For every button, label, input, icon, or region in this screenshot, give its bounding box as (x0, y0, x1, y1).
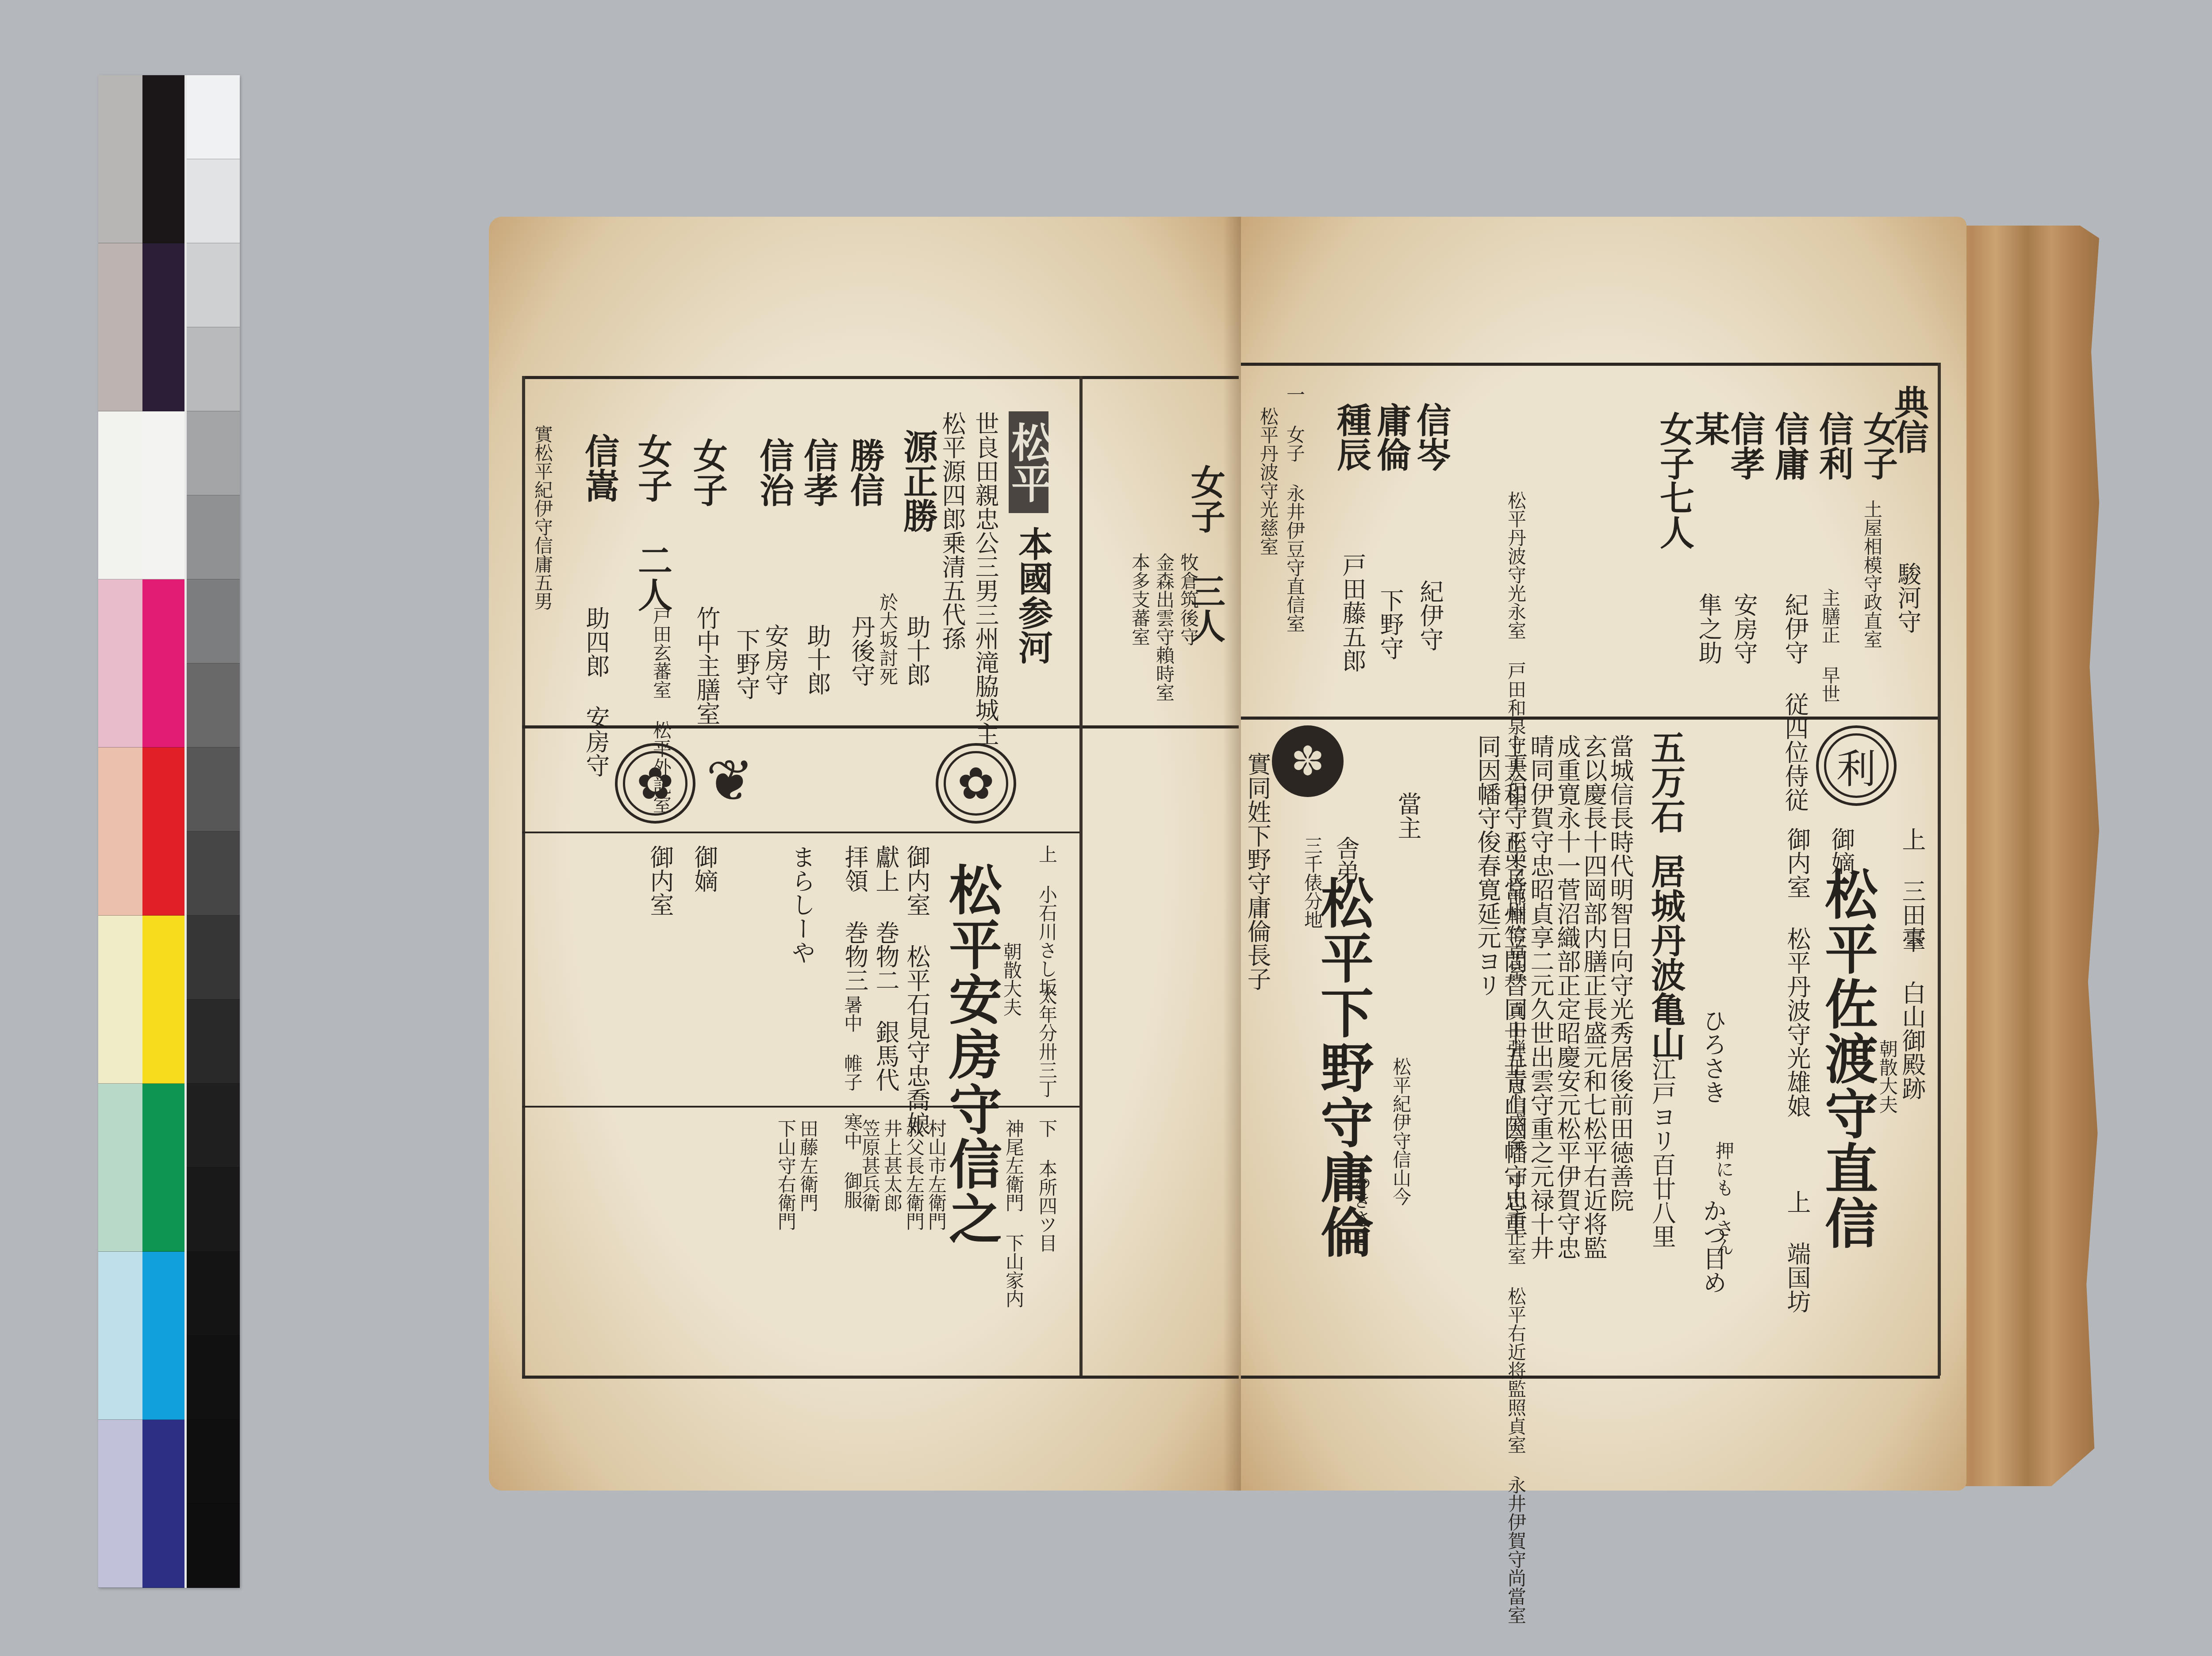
pastel-swatch (98, 75, 142, 243)
color-calibration-chart (98, 75, 240, 1588)
lineage-line-2: 松平源四郎乗清五代孫 (940, 411, 964, 650)
side-note: 松平丹波守光慈室 (1259, 407, 1277, 556)
castle-history-line: 上大和守正岑常州笠間替同十五青山因幡守忠重 (1502, 734, 1526, 1236)
residence-lower: 下 本所四ツ目 (1037, 1119, 1056, 1252)
gray-swatch (187, 1504, 240, 1588)
genealogy-name: 信孝 (801, 438, 835, 507)
gray-swatch (187, 1000, 240, 1084)
pastel-swatch (98, 1084, 142, 1252)
genealogy-note: 安房守 (1732, 593, 1756, 664)
genealogy-name: 信庸 (1772, 411, 1806, 480)
saturated-swatch (142, 1252, 184, 1420)
pastel-swatch (98, 747, 142, 916)
genealogy-note: 主膳正 早世 (1820, 588, 1839, 703)
genealogy-note: 助十郎 (805, 624, 829, 695)
court-rank: 朝散大夫 (1002, 942, 1021, 1016)
genealogy-note: 隼之助 (1697, 593, 1720, 664)
gray-swatch (187, 1168, 240, 1252)
daughter-note: 金森出雲守賴時室 (1155, 553, 1173, 701)
retainer-note: 叔父長左衛門 (905, 1119, 923, 1230)
wife-info: 御内室 松平丹波守光雄娘 (1785, 827, 1809, 1118)
genealogy-note: 丹後守 (849, 615, 873, 686)
pastel-swatch (98, 916, 142, 1084)
section-divider (1241, 717, 1940, 720)
genealogy-note: 紀伊守 (1418, 579, 1442, 651)
genealogy-name: 女子 (1860, 411, 1895, 480)
genealogy-note: 竹中主膳室 (695, 606, 718, 725)
gray-swatch (187, 916, 240, 1000)
left-border (522, 376, 525, 1376)
saturated-swatch (142, 1084, 184, 1252)
saturated-swatch (142, 916, 184, 1084)
retainer-note: 田藤左衛門 (799, 1119, 817, 1212)
residence-upper: 上 小石川さし坂 (1037, 845, 1056, 997)
kana-note: ひろさき (1701, 1008, 1725, 1104)
retainer-note: 井上甚太郎 (883, 1119, 901, 1212)
lineage-line-1: 世良田親忠公三男三州滝脇城主 (973, 411, 997, 746)
genealogy-sub: 於大坂討死 (878, 593, 897, 686)
color-column-pastel (98, 75, 142, 1588)
genealogy-name: 種辰 (1334, 402, 1368, 471)
current-head-label: 當主 (1396, 792, 1420, 839)
heir-label: 御嫡 (692, 845, 716, 893)
stipend-koku: 五万石 (1648, 730, 1682, 833)
genealogy-name: 女子 二人 (635, 433, 669, 612)
brother-stipend: 三千俵分地 (1303, 836, 1321, 929)
open-book: 松平 本國参河 世良田親忠公三男三州滝脇城主 松平源四郎乗清五代孫 源正勝 助十… (489, 217, 2081, 1491)
genealogy-note: 安房守 (763, 624, 787, 695)
bottom-border (522, 1376, 1239, 1379)
genealogy-name: 信治 (757, 438, 791, 507)
saturated-swatch (142, 75, 184, 243)
genealogy-note: 助四郎 安房守 (584, 606, 608, 777)
offering-info: 獻上 巻物二 銀馬代 (874, 845, 898, 1092)
castle-history-line: 玄以慶長十四岡部内膳正長盛元和七松平右近将監 (1582, 734, 1605, 1260)
gray-swatch (187, 1336, 240, 1420)
saturated-swatch (142, 1420, 184, 1588)
right-border (1938, 363, 1941, 1376)
pastel-swatch (98, 1420, 142, 1588)
castle-name: 居城丹波亀山 (1648, 854, 1682, 1061)
residence-stipend: 太年分卅三丁 (1037, 986, 1056, 1098)
genealogy-name: 信孝 (1728, 411, 1762, 480)
castle-history-line: 當城信長時代明智日向守光秀居後前田徳善院 (1608, 734, 1632, 1212)
genealogy-note: 土屋相模守政直室 (1863, 500, 1881, 648)
saturated-swatch (142, 579, 184, 747)
gray-swatch (187, 1252, 240, 1336)
gray-swatch (187, 243, 240, 327)
daughter-note: 本多支蕃室 (1130, 553, 1149, 646)
genealogy-name: 女子 (690, 438, 725, 507)
castle-history-line: 同因幡守俊春寛延元ヨリ (1475, 734, 1499, 997)
saturated-swatch (142, 243, 184, 411)
castle-history-line: 晴同伊賀守忠昭貞享二元久世出雲守重之元禄十井 (1528, 734, 1552, 1260)
genealogy-note: 戸田藤五郎 (1340, 553, 1364, 672)
genealogy-note: 實松平紀伊守信庸五男 (533, 425, 552, 610)
saturated-swatch (142, 747, 184, 916)
court-rank: 朝散大夫 (1878, 1039, 1897, 1114)
genealogy-name: 信嵩 (582, 433, 616, 502)
pastel-swatch (98, 411, 142, 579)
genealogy-name: 信利 (1816, 411, 1851, 480)
wife-info: 御内室 松平石見守忠喬娘 (905, 845, 929, 1135)
row-divider (522, 832, 1079, 833)
seasonal-info: 暑中 帷子 寒中 御服 (843, 995, 861, 1209)
genealogy-note: 助十郎 (905, 615, 929, 686)
daughter-note: 牧倉筑後守 (1179, 553, 1198, 646)
top-border (522, 376, 1239, 379)
pastel-swatch (98, 1252, 142, 1420)
gray-swatch (187, 579, 240, 663)
family-crest-icon: 利 (1816, 725, 1897, 806)
genealogy-name: 女子七人 (1657, 411, 1691, 549)
bellflower-crest-icon: ✿ (936, 743, 1016, 824)
left-page: 松平 本國参河 世良田親忠公三男三州滝脇城主 松平源四郎乗清五代孫 源正勝 助十… (489, 217, 1245, 1491)
saturated-swatch (142, 411, 184, 579)
spear-kana: まらしーや (790, 845, 814, 964)
lord-name: 松平佐渡守直信 (1820, 867, 1874, 1251)
genealogy-name: 某 (1692, 411, 1727, 446)
side-note: 一 女子 永井伊豆守直信室 (1285, 385, 1304, 632)
genealogy-note: 下野守 (734, 628, 758, 700)
origin-province: 本國参河 (1015, 526, 1050, 664)
gray-swatch (187, 327, 240, 411)
gray-swatch (187, 1084, 240, 1168)
current-head-note: 松平紀伊守信山今 (1391, 1057, 1410, 1206)
genealogy-note: 下野守 (1378, 588, 1402, 660)
pastel-swatch (98, 243, 142, 411)
color-column-saturated (142, 75, 184, 1588)
residence-lower: 下 白山御殿跡 (1900, 929, 1924, 1100)
genealogy-name: 庸倫 (1374, 402, 1408, 471)
castle-history-line: 成重寛永十一菅沼織部正定昭慶安元松平伊賀守忠 (1555, 734, 1579, 1260)
retainer-note: 村山市左衛門 (927, 1119, 945, 1230)
paulownia-crest-icon: ❦ (697, 747, 763, 814)
gray-swatch (187, 663, 240, 747)
receipt-info: 拝領 巻物三 (843, 845, 867, 992)
gray-swatch (187, 75, 240, 159)
bottom-border (1241, 1376, 1940, 1379)
gray-swatch (187, 159, 240, 243)
grayscale-column (187, 75, 240, 1588)
bellflower-crest-icon: ✿ (615, 743, 695, 824)
genealogy-note: 紀伊守 従四位侍従 (1783, 593, 1807, 812)
clan-label: 松平 (1009, 411, 1048, 513)
gray-swatch (187, 832, 240, 916)
column-divider (1079, 376, 1083, 1376)
gray-swatch (187, 747, 240, 832)
bottom-kana: わきさき (1352, 1172, 1370, 1246)
retainer-note: 笠原甚兵衛 (860, 1119, 879, 1212)
top-border (1241, 363, 1940, 366)
gray-swatch (187, 411, 240, 495)
residence-misc: 上 端国坊 (1785, 1190, 1809, 1313)
genealogy-name: 源正勝 (900, 429, 935, 533)
kana-note: かつ目め (1701, 1199, 1725, 1294)
lord-name: 松平安房守信之 (945, 862, 998, 1246)
pastel-swatch (98, 579, 142, 747)
genealogy-note: 駿河守 (1896, 562, 1920, 633)
distance-from-edo: 江戸ヨリ百廿八里 (1650, 1057, 1674, 1248)
gray-swatch (187, 1420, 240, 1504)
residence-lower-note: 神尾左衛門 下山家内 (1004, 1119, 1023, 1308)
retainer-note: 下山守右衛門 (776, 1119, 795, 1230)
genealogy-name: 信岑 (1413, 402, 1448, 471)
genealogy-name: 勝信 (847, 438, 882, 507)
inner-chamber-label: 御内室 (648, 845, 672, 916)
flower-crest-icon: ✽ (1272, 725, 1344, 797)
gray-swatch (187, 495, 240, 579)
brother-origin-note: 實同姓下野守庸倫長子 (1245, 752, 1269, 991)
genealogy-note: 松平丹波守光永室 戸田和泉守重治室 松平民部輔信卓室 真田弾正忠信盛室 中山市正… (1506, 491, 1525, 681)
right-page: 典信 駿河守 女子 土屋相模守政直室 信利 主膳正 早世 信庸 紀伊守 従四位侍… (1241, 217, 1966, 1491)
